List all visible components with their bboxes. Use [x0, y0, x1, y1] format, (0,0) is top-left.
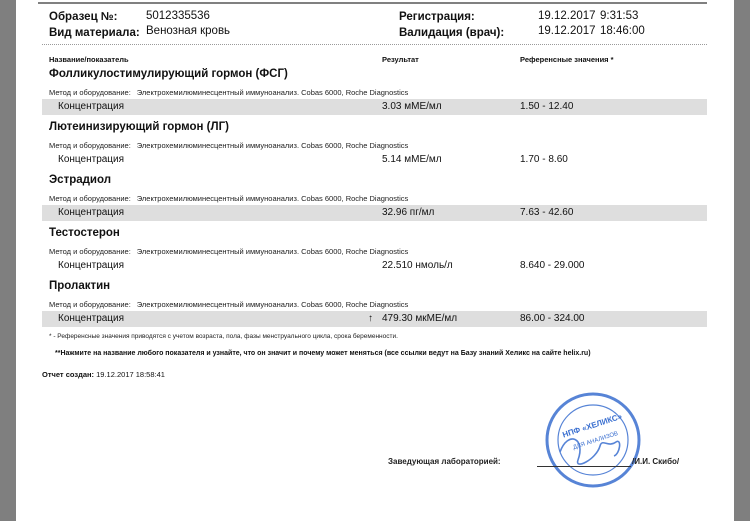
- validation-date: 19.12.2017: [538, 25, 596, 37]
- reference-range: 1.70 - 8.60: [520, 154, 568, 165]
- sample-number: 5012335536: [146, 10, 210, 22]
- result-row: Концентрация22.510 нмоль/л8.640 - 29.000: [42, 258, 707, 274]
- method-value: Электрохемилюминесцентный иммуноанализ. …: [137, 141, 408, 150]
- test-method: Метод и оборудование:Электрохемилюминесц…: [49, 88, 408, 97]
- method-value: Электрохемилюминесцентный иммуноанализ. …: [137, 88, 408, 97]
- method-label: Метод и оборудование:: [49, 247, 131, 256]
- parameter-name: Концентрация: [58, 101, 124, 112]
- test-title[interactable]: Пролактин: [49, 280, 110, 292]
- viewer-right-margin: [734, 0, 750, 521]
- registration-date: 19.12.2017: [538, 10, 596, 22]
- result-value: 3.03 мМЕ/мл: [382, 101, 442, 112]
- test-method: Метод и оборудование:Электрохемилюминесц…: [49, 194, 408, 203]
- reference-range: 1.50 - 12.40: [520, 101, 573, 112]
- result-row: Концентрация32.96 пг/мл7.63 - 42.60: [42, 205, 707, 221]
- test-method: Метод и оборудование:Электрохемилюминесц…: [49, 300, 408, 309]
- result-value: 5.14 мМЕ/мл: [382, 154, 442, 165]
- material-label: Вид материала:: [49, 27, 140, 39]
- signature-line: [537, 466, 631, 467]
- test-title[interactable]: Фолликулостимулирующий гормон (ФСГ): [49, 68, 288, 80]
- test-title[interactable]: Эстрадиол: [49, 174, 111, 186]
- reference-range: 8.640 - 29.000: [520, 260, 585, 271]
- test-title[interactable]: Тестостерон: [49, 227, 120, 239]
- method-label: Метод и оборудование:: [49, 141, 131, 150]
- reference-footnote: * - Референсные значения приводятся с уч…: [49, 333, 398, 340]
- parameter-name: Концентрация: [58, 260, 124, 271]
- method-label: Метод и оборудование:: [49, 300, 131, 309]
- method-value: Электрохемилюминесцентный иммуноанализ. …: [137, 247, 408, 256]
- helix-knowledge-note[interactable]: **Нажмите на название любого показателя …: [55, 350, 591, 357]
- parameter-name: Концентрация: [58, 313, 124, 324]
- reference-range: 7.63 - 42.60: [520, 207, 573, 218]
- test-method: Метод и оборудование:Электрохемилюминесц…: [49, 247, 408, 256]
- lab-stamp-icon: НПФ «ХЕЛИКС» ДЛЯ АНАЛИЗОВ: [538, 390, 648, 490]
- signature-name: /И.И. Скибо/: [632, 457, 679, 466]
- method-value: Электрохемилюминесцентный иммуноанализ. …: [137, 300, 408, 309]
- high-flag-icon: ↑: [368, 313, 373, 324]
- result-row: Концентрация3.03 мМЕ/мл1.50 - 12.40: [42, 99, 707, 115]
- result-value: 32.96 пг/мл: [382, 207, 434, 218]
- validation-label: Валидация (врач):: [399, 27, 504, 39]
- column-header-reference: Референсные значения *: [520, 55, 614, 64]
- test-method: Метод и оборудование:Электрохемилюминесц…: [49, 141, 408, 150]
- header-divider: [42, 44, 707, 45]
- result-row: Концентрация↑479.30 мкМЕ/мл86.00 - 324.0…: [42, 311, 707, 327]
- report-created-value: 19.12.2017 18:58:41: [96, 370, 165, 379]
- registration-label: Регистрация:: [399, 11, 475, 23]
- material-value: Венозная кровь: [146, 25, 230, 37]
- result-row: Концентрация5.14 мМЕ/мл1.70 - 8.60: [42, 152, 707, 168]
- reference-range: 86.00 - 324.00: [520, 313, 585, 324]
- parameter-name: Концентрация: [58, 207, 124, 218]
- top-rule: [38, 2, 707, 4]
- method-label: Метод и оборудование:: [49, 88, 131, 97]
- method-value: Электрохемилюминесцентный иммуноанализ. …: [137, 194, 408, 203]
- column-header-result: Результат: [382, 55, 419, 64]
- parameter-name: Концентрация: [58, 154, 124, 165]
- result-value: 22.510 нмоль/л: [382, 260, 453, 271]
- result-value: 479.30 мкМЕ/мл: [382, 313, 457, 324]
- method-label: Метод и оборудование:: [49, 194, 131, 203]
- column-header-name: Название/показатель: [49, 55, 129, 64]
- viewer-left-margin: [0, 0, 16, 521]
- test-title[interactable]: Лютеинизирующий гормон (ЛГ): [49, 121, 229, 133]
- report-created-label: Отчет создан:: [42, 370, 94, 379]
- signature-label: Заведующая лабораторией:: [388, 457, 501, 466]
- report-created: Отчет создан: 19.12.2017 18:58:41: [42, 370, 165, 379]
- registration-time: 9:31:53: [600, 10, 638, 22]
- sample-label: Образец №:: [49, 11, 117, 23]
- validation-time: 18:46:00: [600, 25, 645, 37]
